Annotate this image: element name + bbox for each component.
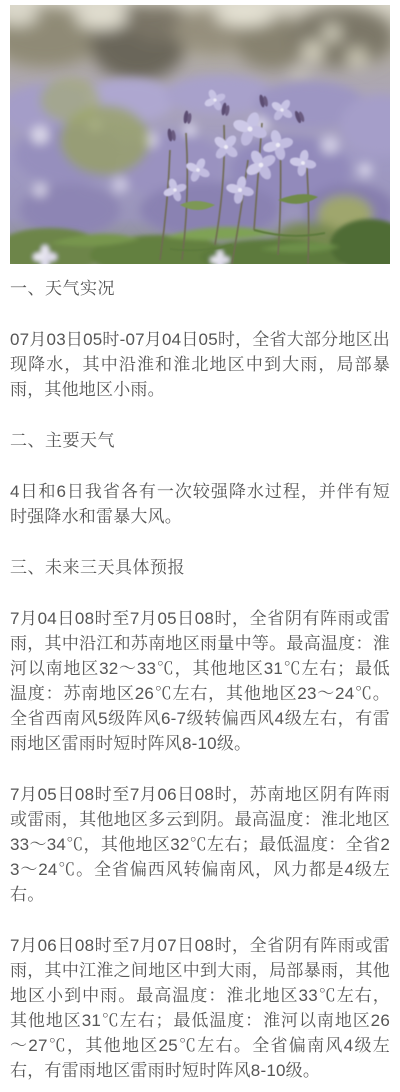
paragraph-forecast-day3: 7月06日08时至7月07日08时，全省阴有阵雨或雷雨，其中江淮之间地区中到大雨…: [10, 933, 390, 1083]
section-heading-main-weather: 二、主要天气: [10, 428, 390, 453]
paragraph-forecast-day2: 7月05日08时至7月06日08时，苏南地区阴有阵雨或雷雨，其他地区多云到阴。最…: [10, 782, 390, 907]
paragraph-forecast-day1: 7月04日08时至7月05日08时，全省阴有阵雨或雷雨，其中沿江和苏南地区雨量中…: [10, 606, 390, 756]
section-heading-weather-actual: 一、天气实况: [10, 276, 390, 301]
flower-field-illustration: [10, 5, 390, 264]
paragraph-main-weather: 4日和6日我省各有一次较强降水过程，并伴有短时强降水和雷暴大风。: [10, 479, 390, 529]
hero-photo[interactable]: [10, 5, 390, 264]
paragraph-weather-actual: 07月03日05时-07月04日05时，全省大部分地区出现降水，其中沿淮和淮北地…: [10, 327, 390, 402]
section-heading-three-day-forecast: 三、未来三天具体预报: [10, 555, 390, 580]
article-body: 一、天气实况 07月03日05时-07月04日05时，全省大部分地区出现降水，其…: [10, 276, 390, 1083]
article-page: 一、天气实况 07月03日05时-07月04日05时，全省大部分地区出现降水，其…: [0, 0, 400, 1092]
